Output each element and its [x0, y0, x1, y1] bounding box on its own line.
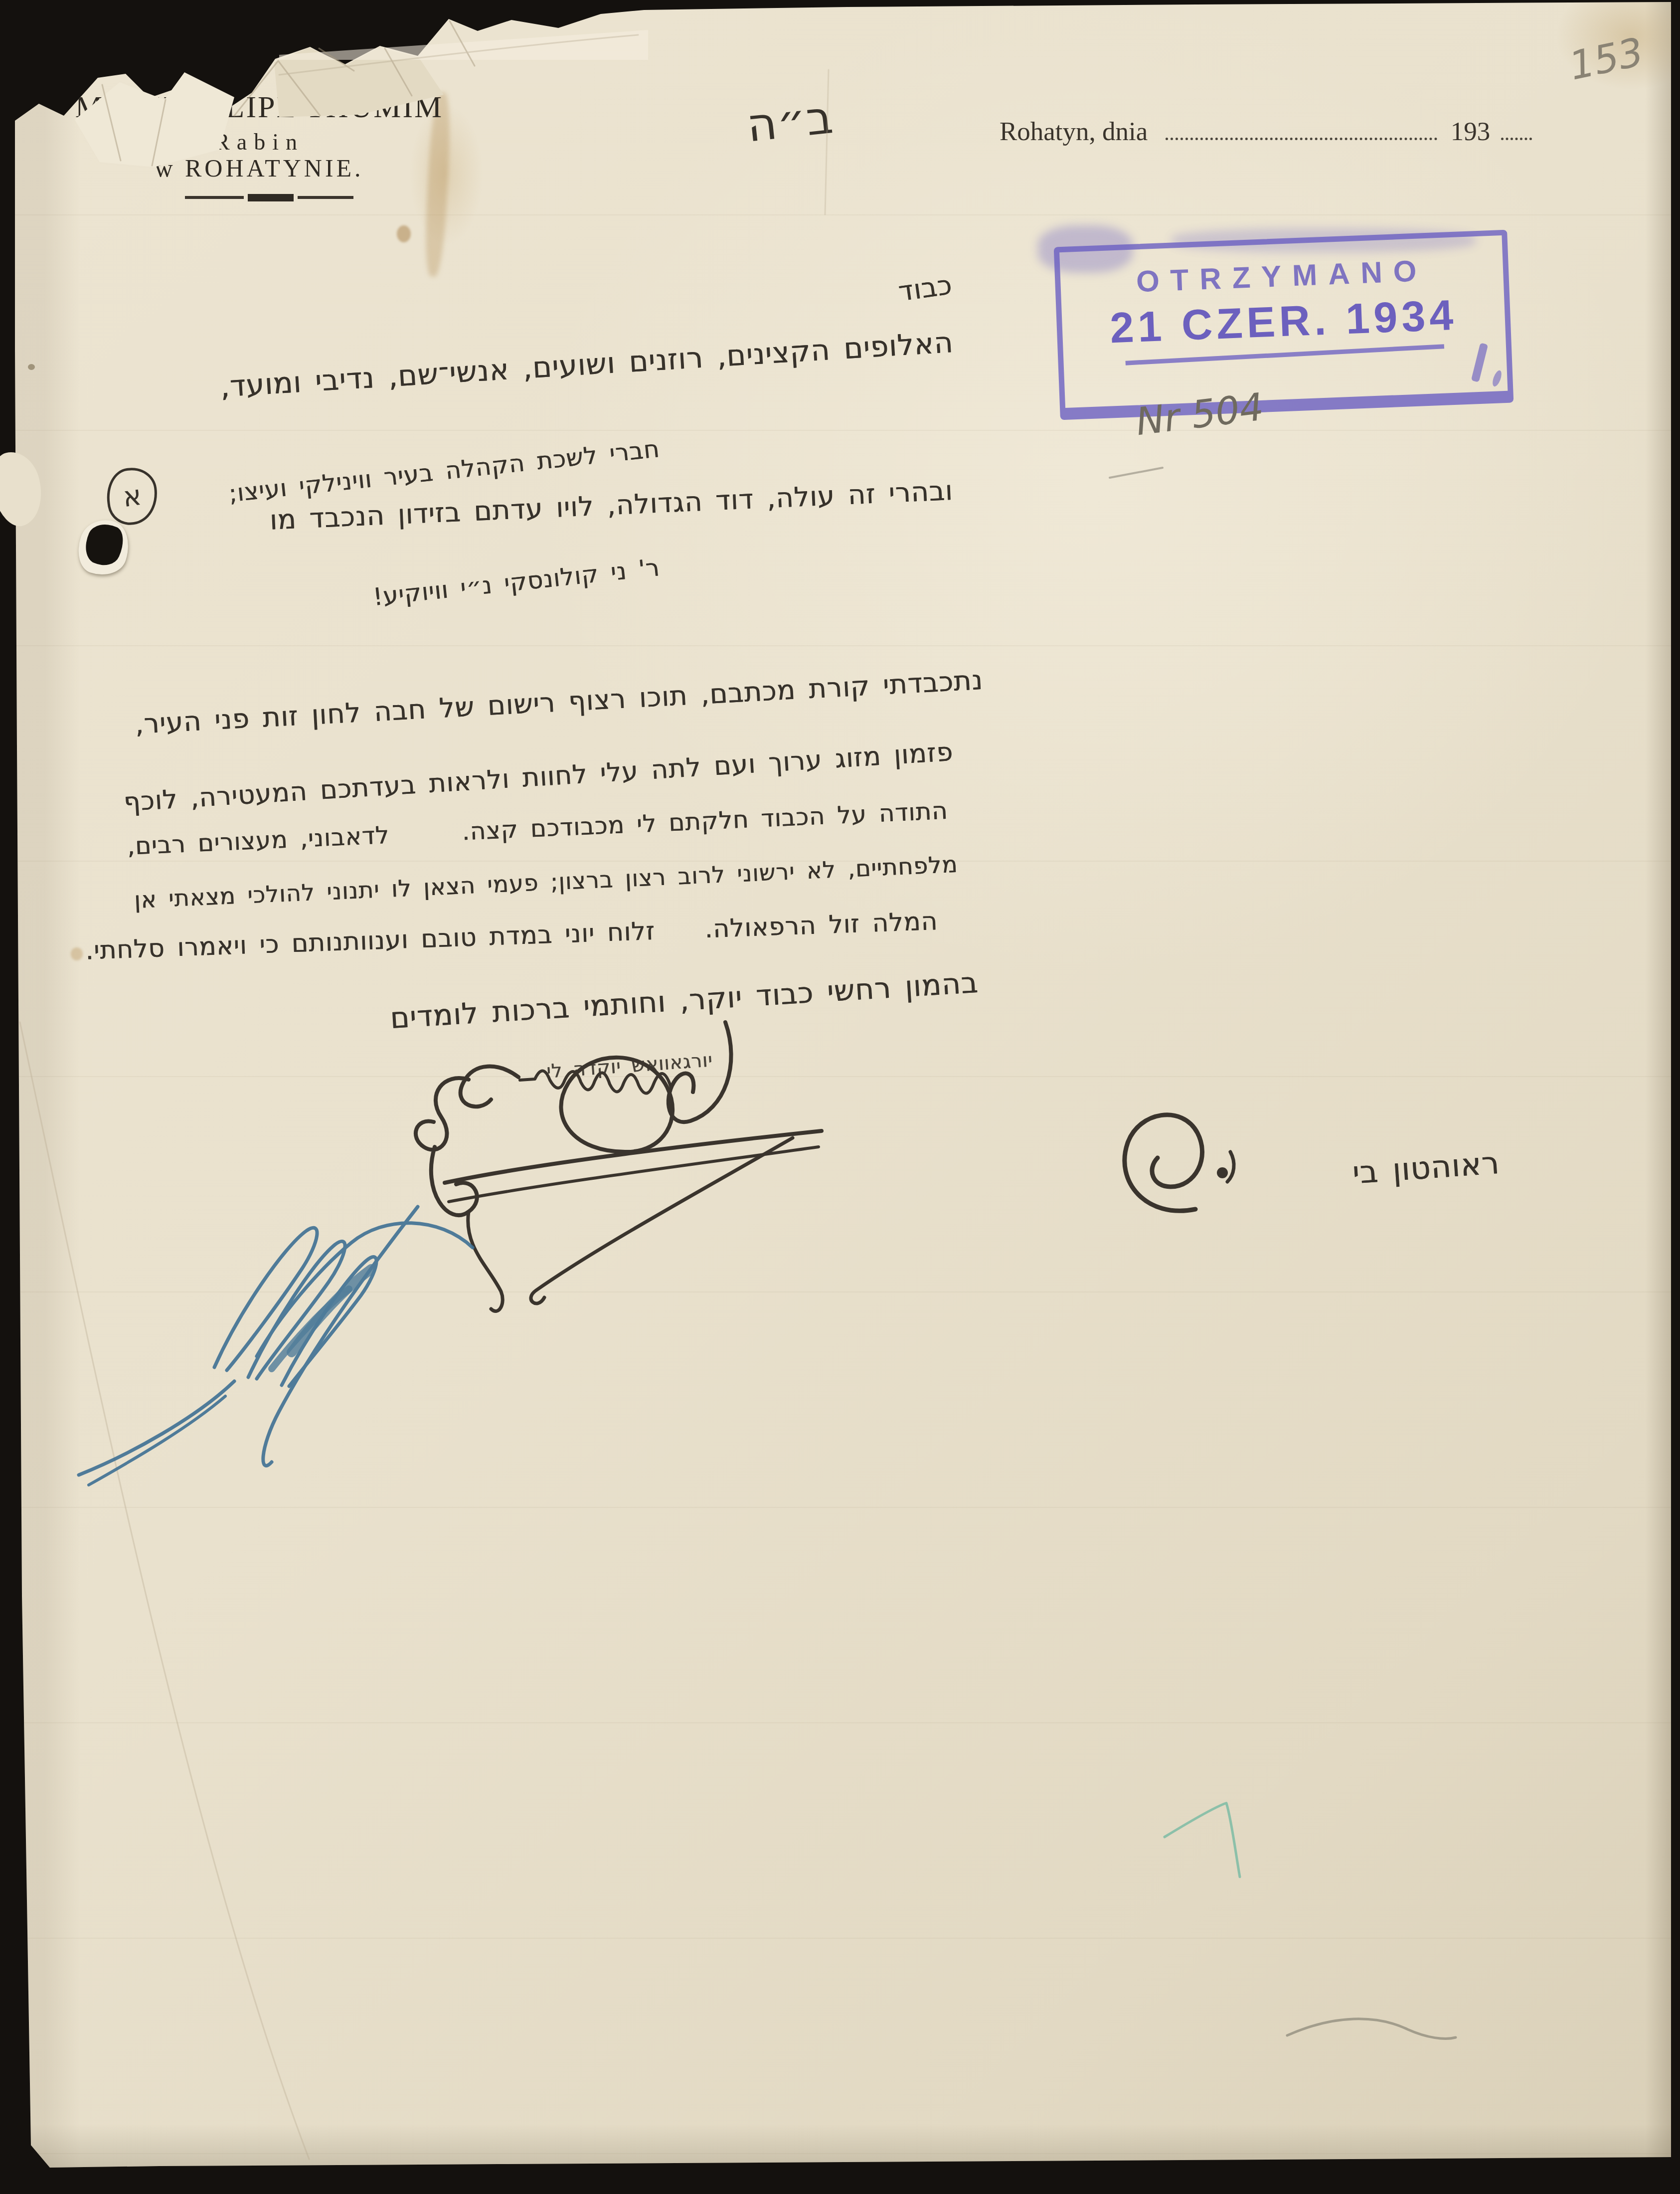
rule-block-center	[248, 194, 294, 201]
received-stamp: OTRZYMANO 21 CZER. 1934	[1054, 230, 1514, 420]
rule-dash-right	[298, 196, 353, 199]
rule-dash-left	[185, 196, 244, 199]
opening-line-1: האלופים הקצינים, רוזנים ושועים, אנשי־שם,…	[86, 325, 954, 412]
stain-spot	[397, 225, 411, 242]
stain-dot-left	[28, 364, 35, 370]
circled-letter-glyph: א	[121, 479, 144, 514]
closing-line: בהמון רחשי כבוד יוקר, וחותמי ברכות לומדי…	[291, 965, 980, 1041]
secondary-signature-text: ראוהטון בי	[1287, 1144, 1501, 1195]
body-line-1: נתכבדתי קורת מכתבם, תוכו רצוף רישום של ח…	[86, 664, 984, 742]
hashem-mark: ב״ה	[744, 90, 836, 152]
archive-number: 153	[1565, 30, 1647, 89]
dateline-dotted-rule	[1166, 116, 1437, 140]
salutation: כבוד	[885, 269, 954, 309]
paper-sheet: MARKUS LIPE THUMIM Rabin w ROHATYNIE. ב״…	[0, 0, 1680, 2194]
body-line-5: המלה זול הרפאולה. זלוח יוני במדת טובם וע…	[68, 907, 938, 966]
opening-line-4: ר' ני קולונסקי נ״י וויוקיע!	[345, 553, 661, 614]
letterhead-rule	[179, 193, 359, 201]
dateline-label: Rohatyn, dnia	[1000, 117, 1148, 146]
dateline-dotted-rule-short	[1501, 116, 1532, 140]
body-line-4: מלפחתיים, לא ירשוני לרוב רצון ברצון; פעמ…	[66, 851, 959, 916]
signature-inscription: יורגאוואש יוקדה לי	[503, 1049, 713, 1085]
scanned-letter-page: MARKUS LIPE THUMIM Rabin w ROHATYNIE. ב״…	[0, 0, 1680, 2194]
dateline-year: 193	[1451, 117, 1491, 146]
dateline: Rohatyn, dnia 193	[1000, 116, 1558, 147]
circled-letter: א	[103, 464, 162, 528]
